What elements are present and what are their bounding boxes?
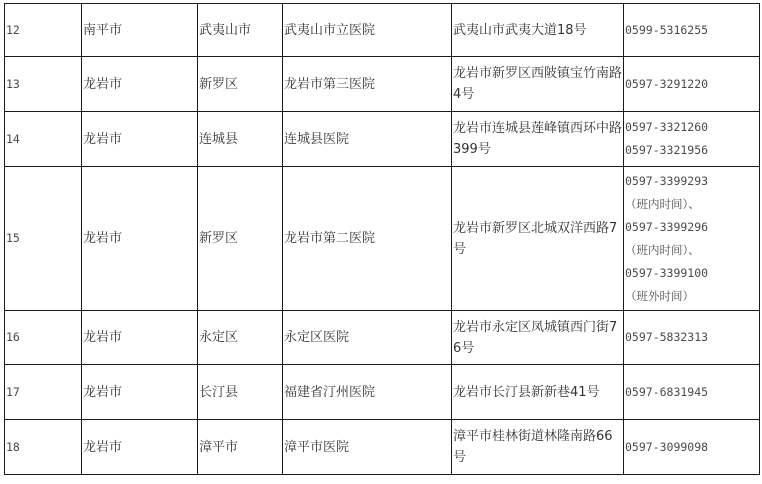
city-cell: 龙岩市 [82,420,198,475]
table-row: 12 南平市 武夷山市 武夷山市立医院 武夷山市武夷大道18号 0599-531… [5,4,760,57]
phone-cell: 0597-3099098 [624,420,760,475]
city-cell: 南平市 [82,4,198,57]
hospital-cell: 龙岩市第三医院 [283,57,452,112]
city-cell: 龙岩市 [82,167,198,311]
district-cell: 永定区 [198,311,283,365]
table-row: 17 龙岩市 长汀县 福建省汀州医院 龙岩市长汀县新新巷41号 0597-683… [5,365,760,420]
hospital-cell: 武夷山市立医院 [283,4,452,57]
district-cell: 漳平市 [198,420,283,475]
hospital-cell: 龙岩市第二医院 [283,167,452,311]
phone-cell: 0597-3321260 0597-3321956 [624,112,760,167]
phone-cell: 0599-5316255 [624,4,760,57]
district-cell: 武夷山市 [198,4,283,57]
table-row: 18 龙岩市 漳平市 漳平市医院 漳平市桂林街道林隆南路66号 0597-309… [5,420,760,475]
city-cell: 龙岩市 [82,112,198,167]
phone-line: 0597-3291220 [625,73,759,96]
row-number: 17 [5,365,82,420]
address-cell: 龙岩市长汀县新新巷41号 [452,365,624,420]
address-cell: 龙岩市新罗区北城双洋西路7号 [452,167,624,311]
table-row: 13 龙岩市 新罗区 龙岩市第三医院 龙岩市新罗区西陂镇宝竹南路4号 0597-… [5,57,760,112]
table-row: 14 龙岩市 连城县 连城县医院 龙岩市连城县莲峰镇西环中路399号 0597-… [5,112,760,167]
phone-note: （班外时间） [625,285,759,308]
address-cell: 漳平市桂林街道林隆南路66号 [452,420,624,475]
phone-line: 0597-3321956 [625,139,759,162]
phone-note: （班内时间）、 [625,239,759,262]
row-number: 12 [5,4,82,57]
hospital-cell: 连城县医院 [283,112,452,167]
row-number: 15 [5,167,82,311]
row-number: 13 [5,57,82,112]
hospital-cell: 福建省汀州医院 [283,365,452,420]
district-cell: 长汀县 [198,365,283,420]
phone-cell: 0597-5832313 [624,311,760,365]
phone-line: 0597-5832313 [625,326,759,349]
district-cell: 新罗区 [198,167,283,311]
phone-line: 0597-3399100 [625,262,759,285]
address-cell: 龙岩市连城县莲峰镇西环中路399号 [452,112,624,167]
hospital-table: 12 南平市 武夷山市 武夷山市立医院 武夷山市武夷大道18号 0599-531… [4,3,760,475]
phone-cell: 0597-3399293 （班内时间）、 0597-3399296 （班内时间）… [624,167,760,311]
table-row: 15 龙岩市 新罗区 龙岩市第二医院 龙岩市新罗区北城双洋西路7号 0597-3… [5,167,760,311]
city-cell: 龙岩市 [82,311,198,365]
hospital-cell: 永定区医院 [283,311,452,365]
address-cell: 龙岩市永定区凤城镇西门街76号 [452,311,624,365]
row-number: 18 [5,420,82,475]
phone-line: 0597-3321260 [625,116,759,139]
phone-line: 0597-3399296 [625,216,759,239]
city-cell: 龙岩市 [82,57,198,112]
phone-line: 0597-6831945 [625,381,759,404]
address-cell: 武夷山市武夷大道18号 [452,4,624,57]
city-cell: 龙岩市 [82,365,198,420]
phone-line: 0597-3399293 [625,170,759,193]
phone-cell: 0597-3291220 [624,57,760,112]
address-cell: 龙岩市新罗区西陂镇宝竹南路4号 [452,57,624,112]
phone-line: 0597-3099098 [625,436,759,459]
district-cell: 新罗区 [198,57,283,112]
phone-cell: 0597-6831945 [624,365,760,420]
hospital-cell: 漳平市医院 [283,420,452,475]
row-number: 14 [5,112,82,167]
phone-line: 0599-5316255 [625,19,759,42]
table-row: 16 龙岩市 永定区 永定区医院 龙岩市永定区凤城镇西门街76号 0597-58… [5,311,760,365]
phone-note: （班内时间）、 [625,193,759,216]
district-cell: 连城县 [198,112,283,167]
row-number: 16 [5,311,82,365]
